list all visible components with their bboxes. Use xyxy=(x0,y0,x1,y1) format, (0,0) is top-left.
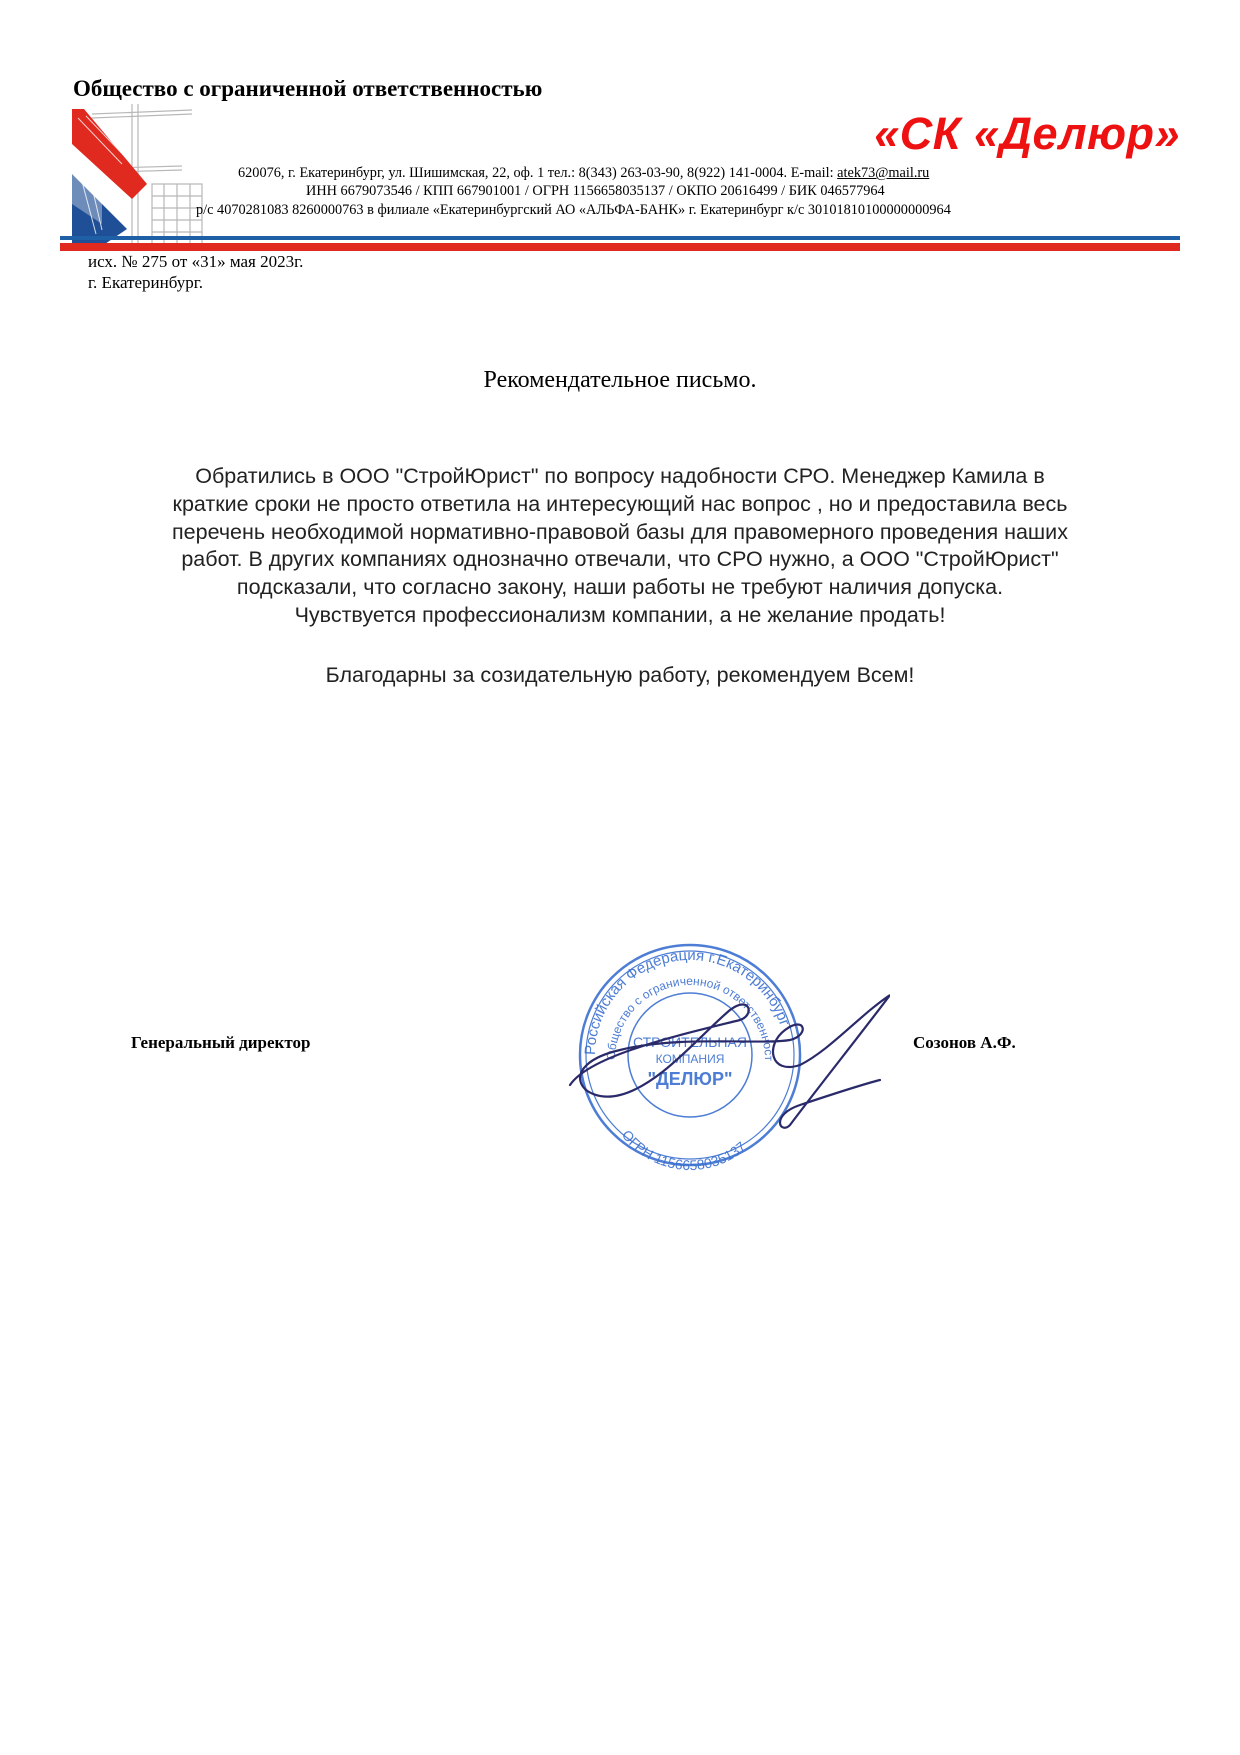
body-line: краткие сроки не просто ответила на инте… xyxy=(110,491,1130,519)
body-line: перечень необходимой нормативно-правовой… xyxy=(110,519,1130,547)
bank-details-line: р/с 4070281083 8260000763 в филиале «Ека… xyxy=(196,202,951,219)
letterhead-divider-red xyxy=(60,243,1180,251)
address-contacts-line: 620076, г. Екатеринбург, ул. Шишимская, … xyxy=(238,165,929,182)
stamp-center-line2: КОМПАНИЯ xyxy=(656,1052,725,1066)
closing-line: Благодарны за созидательную работу, реко… xyxy=(0,663,1240,688)
letterhead-divider-blue xyxy=(60,236,1180,240)
stamp-center-line3: "ДЕЛЮР" xyxy=(647,1069,732,1089)
email-link[interactable]: atek73@mail.ru xyxy=(837,165,929,181)
body-line: подсказали, что согласно закону, наши ра… xyxy=(110,574,1130,602)
body-line: работ. В других компаниях однозначно отв… xyxy=(110,546,1130,574)
company-stamp-and-signature: Российская Федерация г.Екатеринбург Обще… xyxy=(560,935,890,1175)
letter-title: Рекомендательное письмо. xyxy=(0,367,1240,394)
stamp-bottom-text: ОГРН 1156658035137 xyxy=(619,1127,749,1173)
body-line: Обратились в ООО "СтройЮрист" по вопросу… xyxy=(110,463,1130,491)
svg-text:ОГРН 1156658035137: ОГРН 1156658035137 xyxy=(619,1127,749,1173)
signatory-role: Генеральный директор xyxy=(131,1033,310,1053)
company-logo-crane-icon xyxy=(72,104,252,246)
signatory-name: Созонов А.Ф. xyxy=(913,1033,1016,1053)
outgoing-reference: исх. № 275 от «31» мая 2023г. xyxy=(88,252,303,272)
city-line: г. Екатеринбург. xyxy=(88,273,203,293)
address-phones-text: 620076, г. Екатеринбург, ул. Шишимская, … xyxy=(238,165,837,181)
organization-legal-form: Общество с ограниченной ответственностью xyxy=(73,76,542,102)
letter-body: Обратились в ООО "СтройЮрист" по вопросу… xyxy=(110,463,1130,630)
company-brand-name: «СК «Делюр» xyxy=(874,108,1180,160)
company-codes-line: ИНН 6679073546 / КПП 667901001 / ОГРН 11… xyxy=(306,183,885,200)
body-line: Чувствуется профессионализм компании, а … xyxy=(110,602,1130,630)
